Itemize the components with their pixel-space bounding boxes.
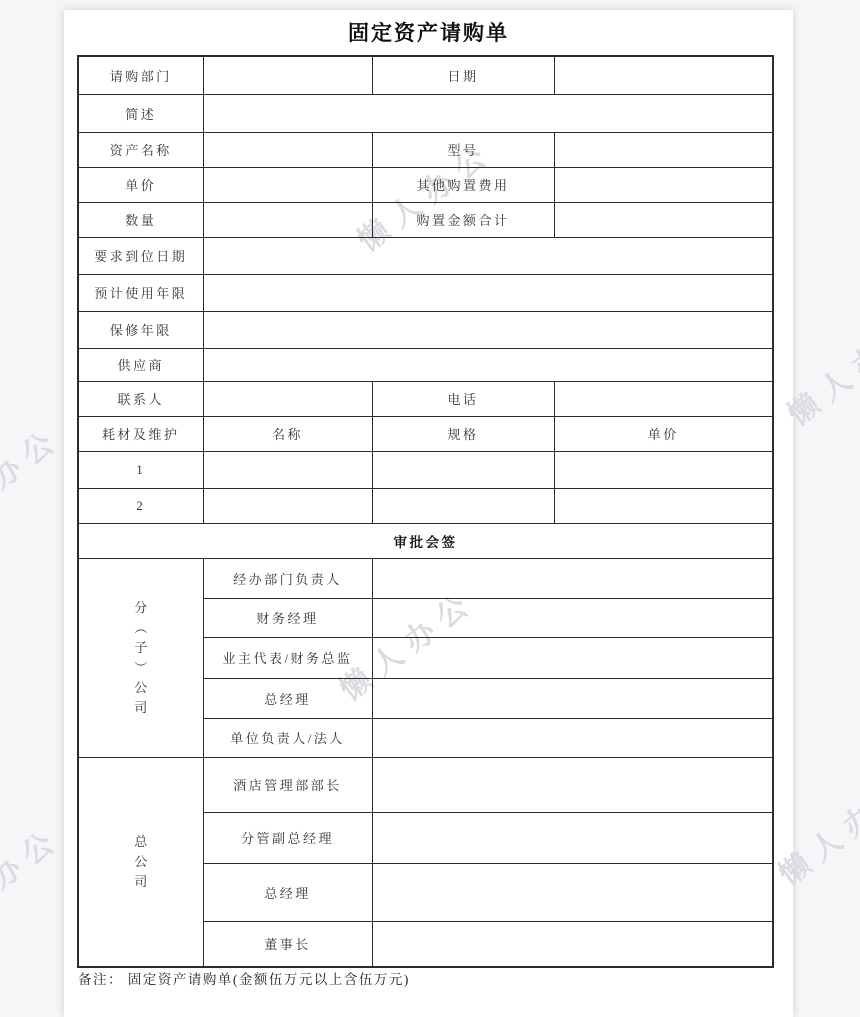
expected-life-label: 预计使用年限 xyxy=(78,274,203,311)
brief-value-cell xyxy=(203,94,773,132)
quantity-value-cell xyxy=(203,202,372,237)
head-office-char: 总 xyxy=(134,835,147,848)
other-cost-label: 其他购置费用 xyxy=(372,167,554,202)
subsidiary-char: 子 xyxy=(134,641,147,654)
head-office-sign-cell-3 xyxy=(372,921,773,967)
subsidiary-sign-cell-2 xyxy=(372,637,773,678)
subsidiary-sign-cell-1 xyxy=(372,598,773,637)
supplier-value-cell xyxy=(203,348,773,381)
row-consumable-2: 2 xyxy=(78,488,773,523)
total-amount-value-cell xyxy=(554,202,773,237)
consumable-spec-col-label: 规格 xyxy=(372,416,554,451)
head-office-role-label-0: 酒店管理部部长 xyxy=(203,757,372,812)
consumable-row1-index: 1 xyxy=(78,451,203,488)
head-office-group-label: 总 公 司 xyxy=(78,757,203,967)
subsidiary-group-label: 分 （ 子 ） 公 司 xyxy=(78,558,203,757)
row-qty-total: 数量 购置金额合计 xyxy=(78,202,773,237)
subsidiary-sign-cell-3 xyxy=(372,678,773,718)
subsidiary-char: 公 xyxy=(134,681,147,694)
phone-value-cell xyxy=(554,381,773,416)
subsidiary-vertical-label: 分 （ 子 ） 公 司 xyxy=(81,601,201,714)
open-paren: （ xyxy=(134,621,147,634)
unit-price-label: 单价 xyxy=(78,167,203,202)
head-office-sign-cell-1 xyxy=(372,812,773,863)
consumable-row1-price-cell xyxy=(554,451,773,488)
consumable-row2-price-cell xyxy=(554,488,773,523)
warranty-label: 保修年限 xyxy=(78,311,203,348)
row-approval-header: 审批会签 xyxy=(78,523,773,558)
subsidiary-role-label-2: 业主代表/财务总监 xyxy=(203,637,372,678)
approval-header: 审批会签 xyxy=(78,523,773,558)
quantity-label: 数量 xyxy=(78,202,203,237)
row-supplier: 供应商 xyxy=(78,348,773,381)
row-price-othercost: 单价 其他购置费用 xyxy=(78,167,773,202)
other-cost-value-cell xyxy=(554,167,773,202)
contact-value-cell xyxy=(203,381,372,416)
subsidiary-role-label-1: 财务经理 xyxy=(203,598,372,637)
head-office-vertical-label: 总 公 司 xyxy=(81,835,201,888)
subsidiary-sign-cell-0 xyxy=(372,558,773,598)
asset-name-label: 资产名称 xyxy=(78,132,203,167)
row-subsidiary-role-0: 分 （ 子 ） 公 司 经办部门负责人 xyxy=(78,558,773,598)
phone-label: 电话 xyxy=(372,381,554,416)
consumable-price-col-label: 单价 xyxy=(554,416,773,451)
document-content: 固定资产请购单 请购部门 日期 简述 资产名称 型 xyxy=(0,0,860,1017)
asset-name-value-cell xyxy=(203,132,372,167)
dept-label: 请购部门 xyxy=(78,56,203,94)
row-consumables-header: 耗材及维护 名称 规格 单价 xyxy=(78,416,773,451)
form-title: 固定资产请购单 xyxy=(64,17,793,47)
consumable-row1-name-cell xyxy=(203,451,372,488)
head-office-role-label-1: 分管副总经理 xyxy=(203,812,372,863)
brief-label: 简述 xyxy=(78,94,203,132)
subsidiary-char: 司 xyxy=(134,701,147,714)
row-headoffice-role-0: 总 公 司 酒店管理部部长 xyxy=(78,757,773,812)
row-dept-date: 请购部门 日期 xyxy=(78,56,773,94)
document-canvas: 懒人办公 懒人办公 懒人办公 懒人办公 懒人办公 懒人办公 固定资产请购单 请购… xyxy=(0,0,860,1017)
consumable-name-col-label: 名称 xyxy=(203,416,372,451)
model-label: 型号 xyxy=(372,132,554,167)
row-asset-model: 资产名称 型号 xyxy=(78,132,773,167)
consumable-row1-spec-cell xyxy=(372,451,554,488)
head-office-role-label-2: 总经理 xyxy=(203,863,372,921)
close-paren: ） xyxy=(134,661,147,674)
contact-label: 联系人 xyxy=(78,381,203,416)
required-date-value-cell xyxy=(203,237,773,274)
row-contact-phone: 联系人 电话 xyxy=(78,381,773,416)
head-office-char: 公 xyxy=(134,855,147,868)
dept-value-cell xyxy=(203,56,372,94)
subsidiary-role-label-3: 总经理 xyxy=(203,678,372,718)
date-value-cell xyxy=(554,56,773,94)
consumable-row2-spec-cell xyxy=(372,488,554,523)
consumables-label: 耗材及维护 xyxy=(78,416,203,451)
supplier-label: 供应商 xyxy=(78,348,203,381)
head-office-role-label-3: 董事长 xyxy=(203,921,372,967)
row-consumable-1: 1 xyxy=(78,451,773,488)
row-brief: 简述 xyxy=(78,94,773,132)
subsidiary-char: 分 xyxy=(134,601,147,614)
row-warranty: 保修年限 xyxy=(78,311,773,348)
subsidiary-sign-cell-4 xyxy=(372,718,773,757)
date-label: 日期 xyxy=(372,56,554,94)
row-expected-life: 预计使用年限 xyxy=(78,274,773,311)
head-office-sign-cell-0 xyxy=(372,757,773,812)
subsidiary-role-label-4: 单位负责人/法人 xyxy=(203,718,372,757)
consumable-row2-index: 2 xyxy=(78,488,203,523)
total-amount-label: 购置金额合计 xyxy=(372,202,554,237)
expected-life-value-cell xyxy=(203,274,773,311)
requisition-table: 请购部门 日期 简述 资产名称 型号 单价 xyxy=(77,55,774,968)
unit-price-value-cell xyxy=(203,167,372,202)
head-office-sign-cell-2 xyxy=(372,863,773,921)
head-office-char: 司 xyxy=(134,875,147,888)
row-required-date: 要求到位日期 xyxy=(78,237,773,274)
subsidiary-role-label-0: 经办部门负责人 xyxy=(203,558,372,598)
model-value-cell xyxy=(554,132,773,167)
required-date-label: 要求到位日期 xyxy=(78,237,203,274)
footer-note: 备注： 固定资产请购单(金额伍万元以上含伍万元) xyxy=(78,968,410,988)
consumable-row2-name-cell xyxy=(203,488,372,523)
warranty-value-cell xyxy=(203,311,773,348)
